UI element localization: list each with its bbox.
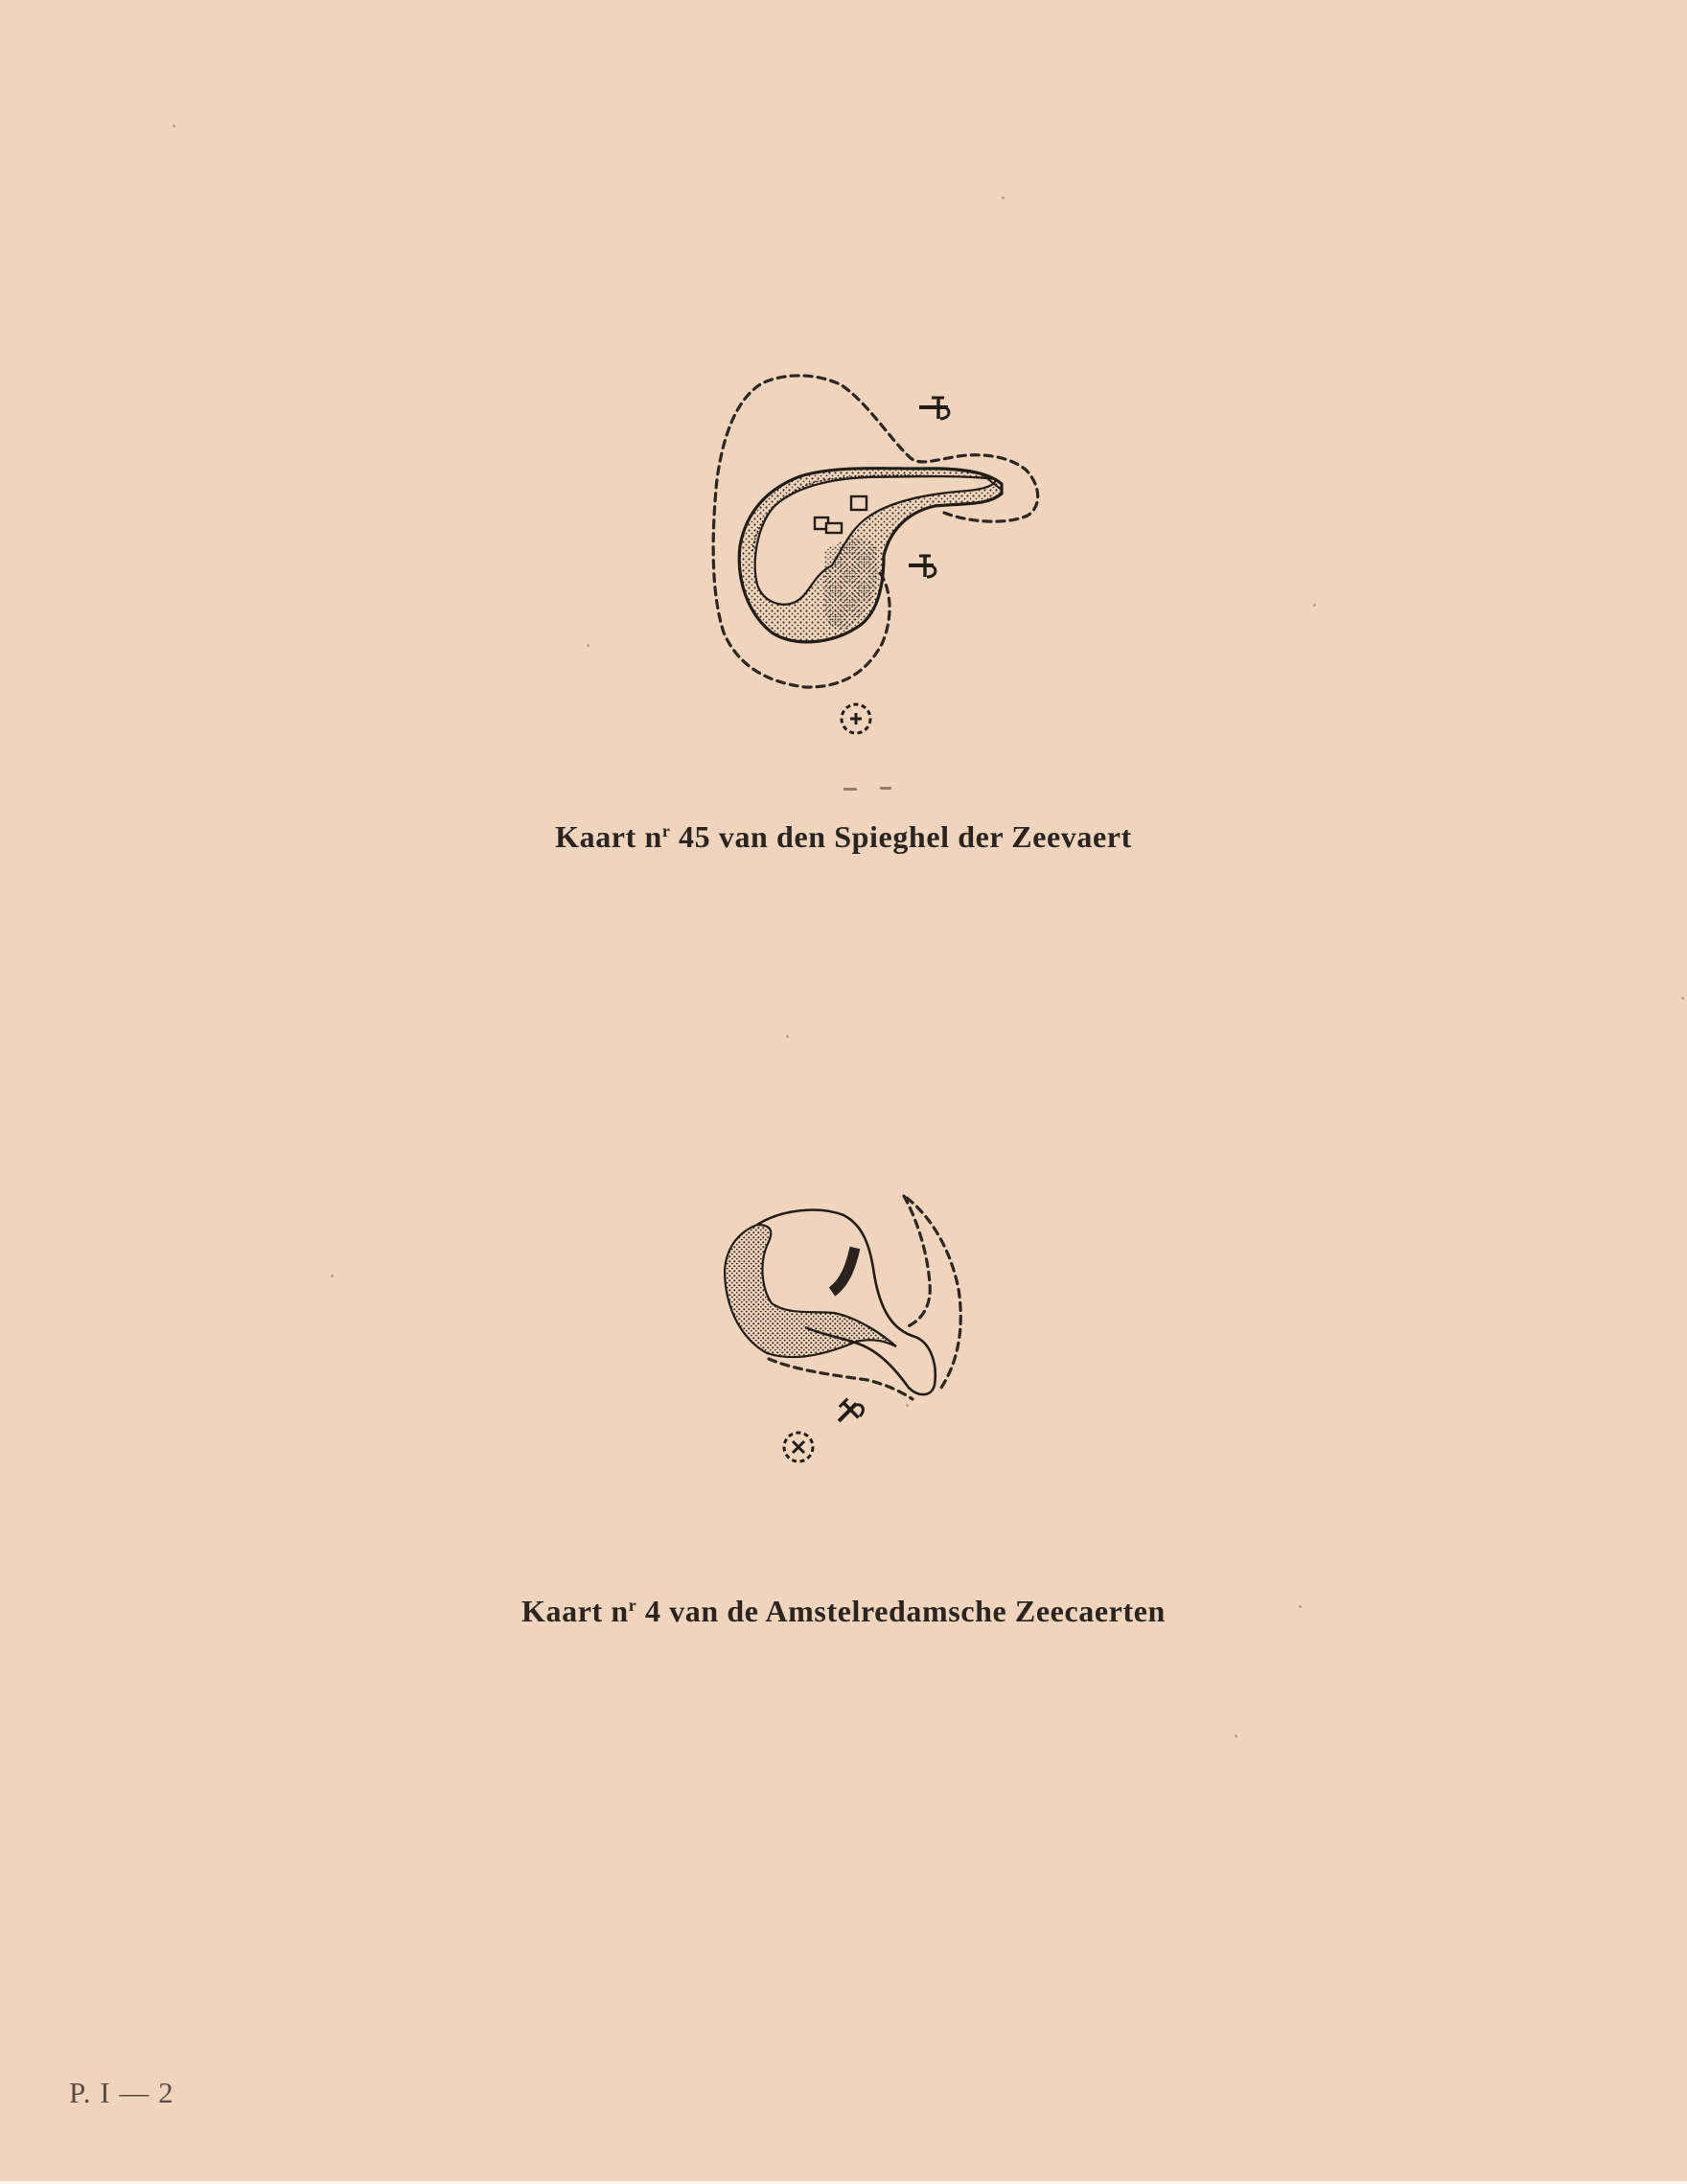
anchor-icon: [909, 555, 936, 577]
map-figure-45: [0, 0, 1687, 862]
scanned-page: Kaart nr 45 van den Spieghel der Zeevaer…: [0, 0, 1687, 2181]
caption-text: 45 van den Spieghel der Zeevaert: [670, 819, 1131, 854]
scan-speck: [1681, 997, 1684, 1000]
scan-speck: [786, 1035, 789, 1038]
scan-speck: [1235, 1735, 1237, 1737]
island-outline: [757, 1210, 936, 1395]
anchor-icon: [919, 398, 949, 419]
caption-text: Kaart n: [555, 819, 662, 854]
circled-cross-icon: [842, 704, 870, 733]
anchor-icon: [831, 1394, 866, 1429]
island-map-45: [0, 0, 1687, 862]
island-shaded-crescent: [725, 1225, 896, 1357]
figure-caption-4: Kaart nr 4 van de Amstelredamsche Zeecae…: [0, 1594, 1687, 1629]
circled-cross-icon: [784, 1433, 813, 1461]
dark-arc: [832, 1248, 855, 1292]
island-map-4: [0, 1150, 1687, 1495]
page-number-label: P. I — 2: [69, 2076, 174, 2110]
caption-text: Kaart n: [521, 1594, 629, 1628]
caption-text: 4 van de Amstelredamsche Zeecaerten: [636, 1594, 1166, 1628]
figure-caption-45: Kaart nr 45 van den Spieghel der Zeevaer…: [0, 819, 1687, 855]
map-figure-4: [0, 1150, 1687, 1495]
